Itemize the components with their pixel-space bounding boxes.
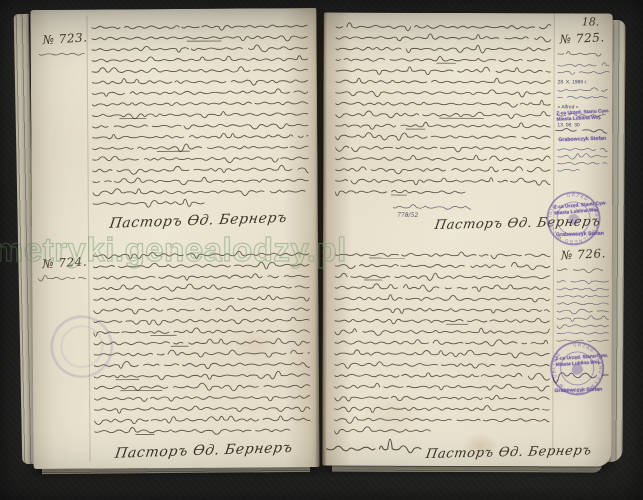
entry-725-ref-note: 778/52	[397, 212, 418, 219]
entry-number-723: № 723.	[42, 30, 88, 47]
registrar-signature-scrawl	[326, 437, 421, 463]
entry-number-724: № 724.	[42, 254, 88, 271]
left-page: № 723. Пасторъ Ѳд. Бернеръ № 724. Пастор…	[30, 8, 319, 469]
official-signature-scrawl-2	[552, 365, 608, 387]
entry-726-keyword-handwriting	[557, 265, 603, 277]
entry-724-keyword-handwriting	[38, 274, 86, 286]
pastor-signature-1: Пасторъ Ѳд. Бернеръ	[108, 210, 288, 232]
pastor-signature-2: Пасторъ Ѳд. Бернеръ	[114, 440, 294, 462]
entry-723-keyword-handwriting	[39, 50, 85, 62]
right-page: 778/52 Пасторъ Ѳд. Бернеръ Пасторъ Ѳд. Б…	[322, 12, 613, 466]
name-stamp-1: Grabowczyk Stefan	[558, 136, 606, 144]
entry-726-handwriting	[334, 249, 550, 441]
entry-number-725: № 725.	[559, 30, 605, 46]
margin-note-handwriting	[557, 86, 609, 104]
entry-723-handwriting	[91, 20, 308, 213]
pastor-signature-4: Пасторъ Ѳд. Бернеръ	[425, 443, 593, 462]
entry-number-726: № 726.	[561, 246, 607, 262]
entry-725-handwriting	[335, 21, 551, 202]
register-scan: № 723. Пасторъ Ѳд. Бернеръ № 724. Пастор…	[0, 0, 643, 500]
left-margin-rule	[86, 16, 90, 462]
book-gutter	[315, 9, 327, 468]
entry-725-keyword-handwriting	[558, 49, 604, 61]
margin-note-handwriting	[557, 145, 607, 177]
page-number: 18.	[582, 15, 600, 28]
margin-note-handwriting	[558, 61, 610, 79]
entry-724-handwriting	[93, 248, 310, 441]
